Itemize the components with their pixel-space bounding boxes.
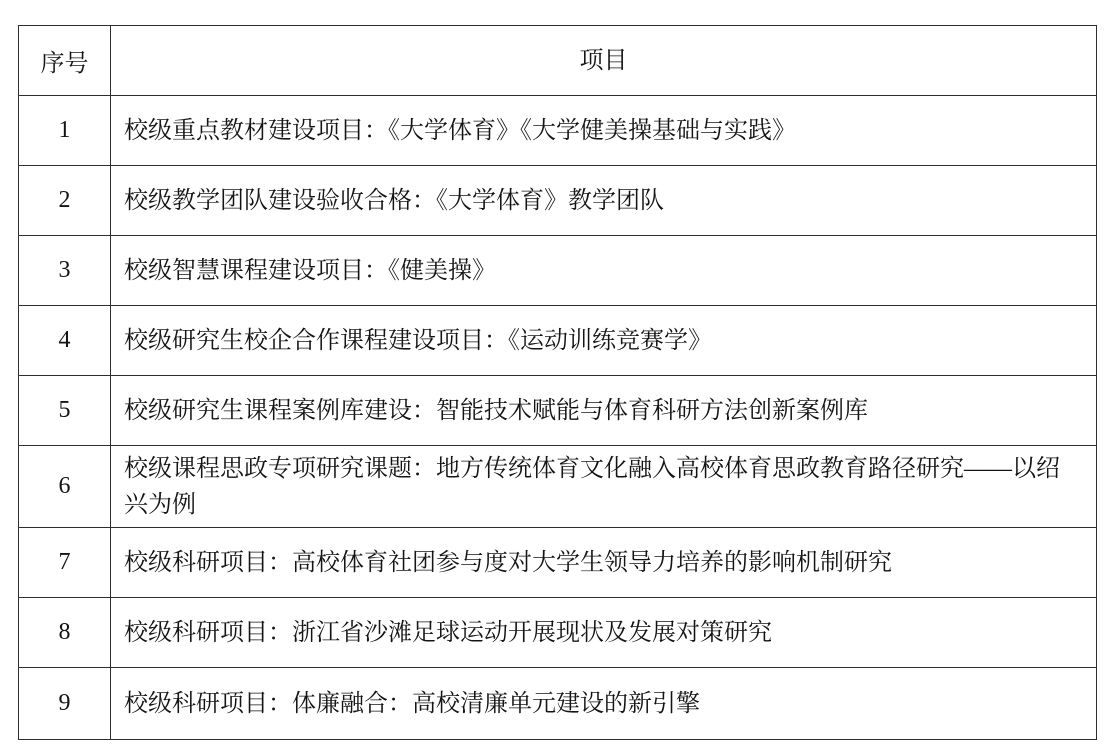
- row-index: 8: [19, 598, 111, 668]
- row-project: 校级智慧课程建设项目：《健美操》: [111, 236, 1097, 306]
- table-row: 4 校级研究生校企合作课程建设项目：《运动训练竞赛学》: [19, 306, 1097, 376]
- document-page: 序号 项目 1 校级重点教材建设项目：《大学体育》《大学健美操基础与实践》 2 …: [0, 0, 1107, 752]
- row-project: 校级课程思政专项研究课题：地方传统体育文化融入高校体育思政教育路径研究——以绍兴…: [111, 446, 1097, 528]
- row-project: 校级研究生校企合作课程建设项目：《运动训练竞赛学》: [111, 306, 1097, 376]
- table-header-row: 序号 项目: [19, 26, 1097, 96]
- row-index: 2: [19, 166, 111, 236]
- row-index: 9: [19, 668, 111, 740]
- row-project: 校级科研项目：高校体育社团参与度对大学生领导力培养的影响机制研究: [111, 528, 1097, 598]
- row-index: 7: [19, 528, 111, 598]
- row-index: 4: [19, 306, 111, 376]
- row-project: 校级重点教材建设项目：《大学体育》《大学健美操基础与实践》: [111, 96, 1097, 166]
- row-project: 校级教学团队建设验收合格：《大学体育》教学团队: [111, 166, 1097, 236]
- table-row: 9 校级科研项目：体廉融合：高校清廉单元建设的新引擎: [19, 668, 1097, 740]
- row-project: 校级科研项目：体廉融合：高校清廉单元建设的新引擎: [111, 668, 1097, 740]
- row-index: 1: [19, 96, 111, 166]
- table-row: 5 校级研究生课程案例库建设：智能技术赋能与体育科研方法创新案例库: [19, 376, 1097, 446]
- table-row: 7 校级科研项目：高校体育社团参与度对大学生领导力培养的影响机制研究: [19, 528, 1097, 598]
- table-row: 8 校级科研项目：浙江省沙滩足球运动开展现状及发展对策研究: [19, 598, 1097, 668]
- row-index: 5: [19, 376, 111, 446]
- row-index: 6: [19, 446, 111, 528]
- row-project: 校级科研项目：浙江省沙滩足球运动开展现状及发展对策研究: [111, 598, 1097, 668]
- row-index: 3: [19, 236, 111, 306]
- header-project: 项目: [111, 26, 1097, 96]
- header-index: 序号: [19, 26, 111, 96]
- table-row: 6 校级课程思政专项研究课题：地方传统体育文化融入高校体育思政教育路径研究——以…: [19, 446, 1097, 528]
- table-row: 1 校级重点教材建设项目：《大学体育》《大学健美操基础与实践》: [19, 96, 1097, 166]
- row-project: 校级研究生课程案例库建设：智能技术赋能与体育科研方法创新案例库: [111, 376, 1097, 446]
- table-row: 2 校级教学团队建设验收合格：《大学体育》教学团队: [19, 166, 1097, 236]
- projects-table: 序号 项目 1 校级重点教材建设项目：《大学体育》《大学健美操基础与实践》 2 …: [18, 25, 1097, 740]
- table-row: 3 校级智慧课程建设项目：《健美操》: [19, 236, 1097, 306]
